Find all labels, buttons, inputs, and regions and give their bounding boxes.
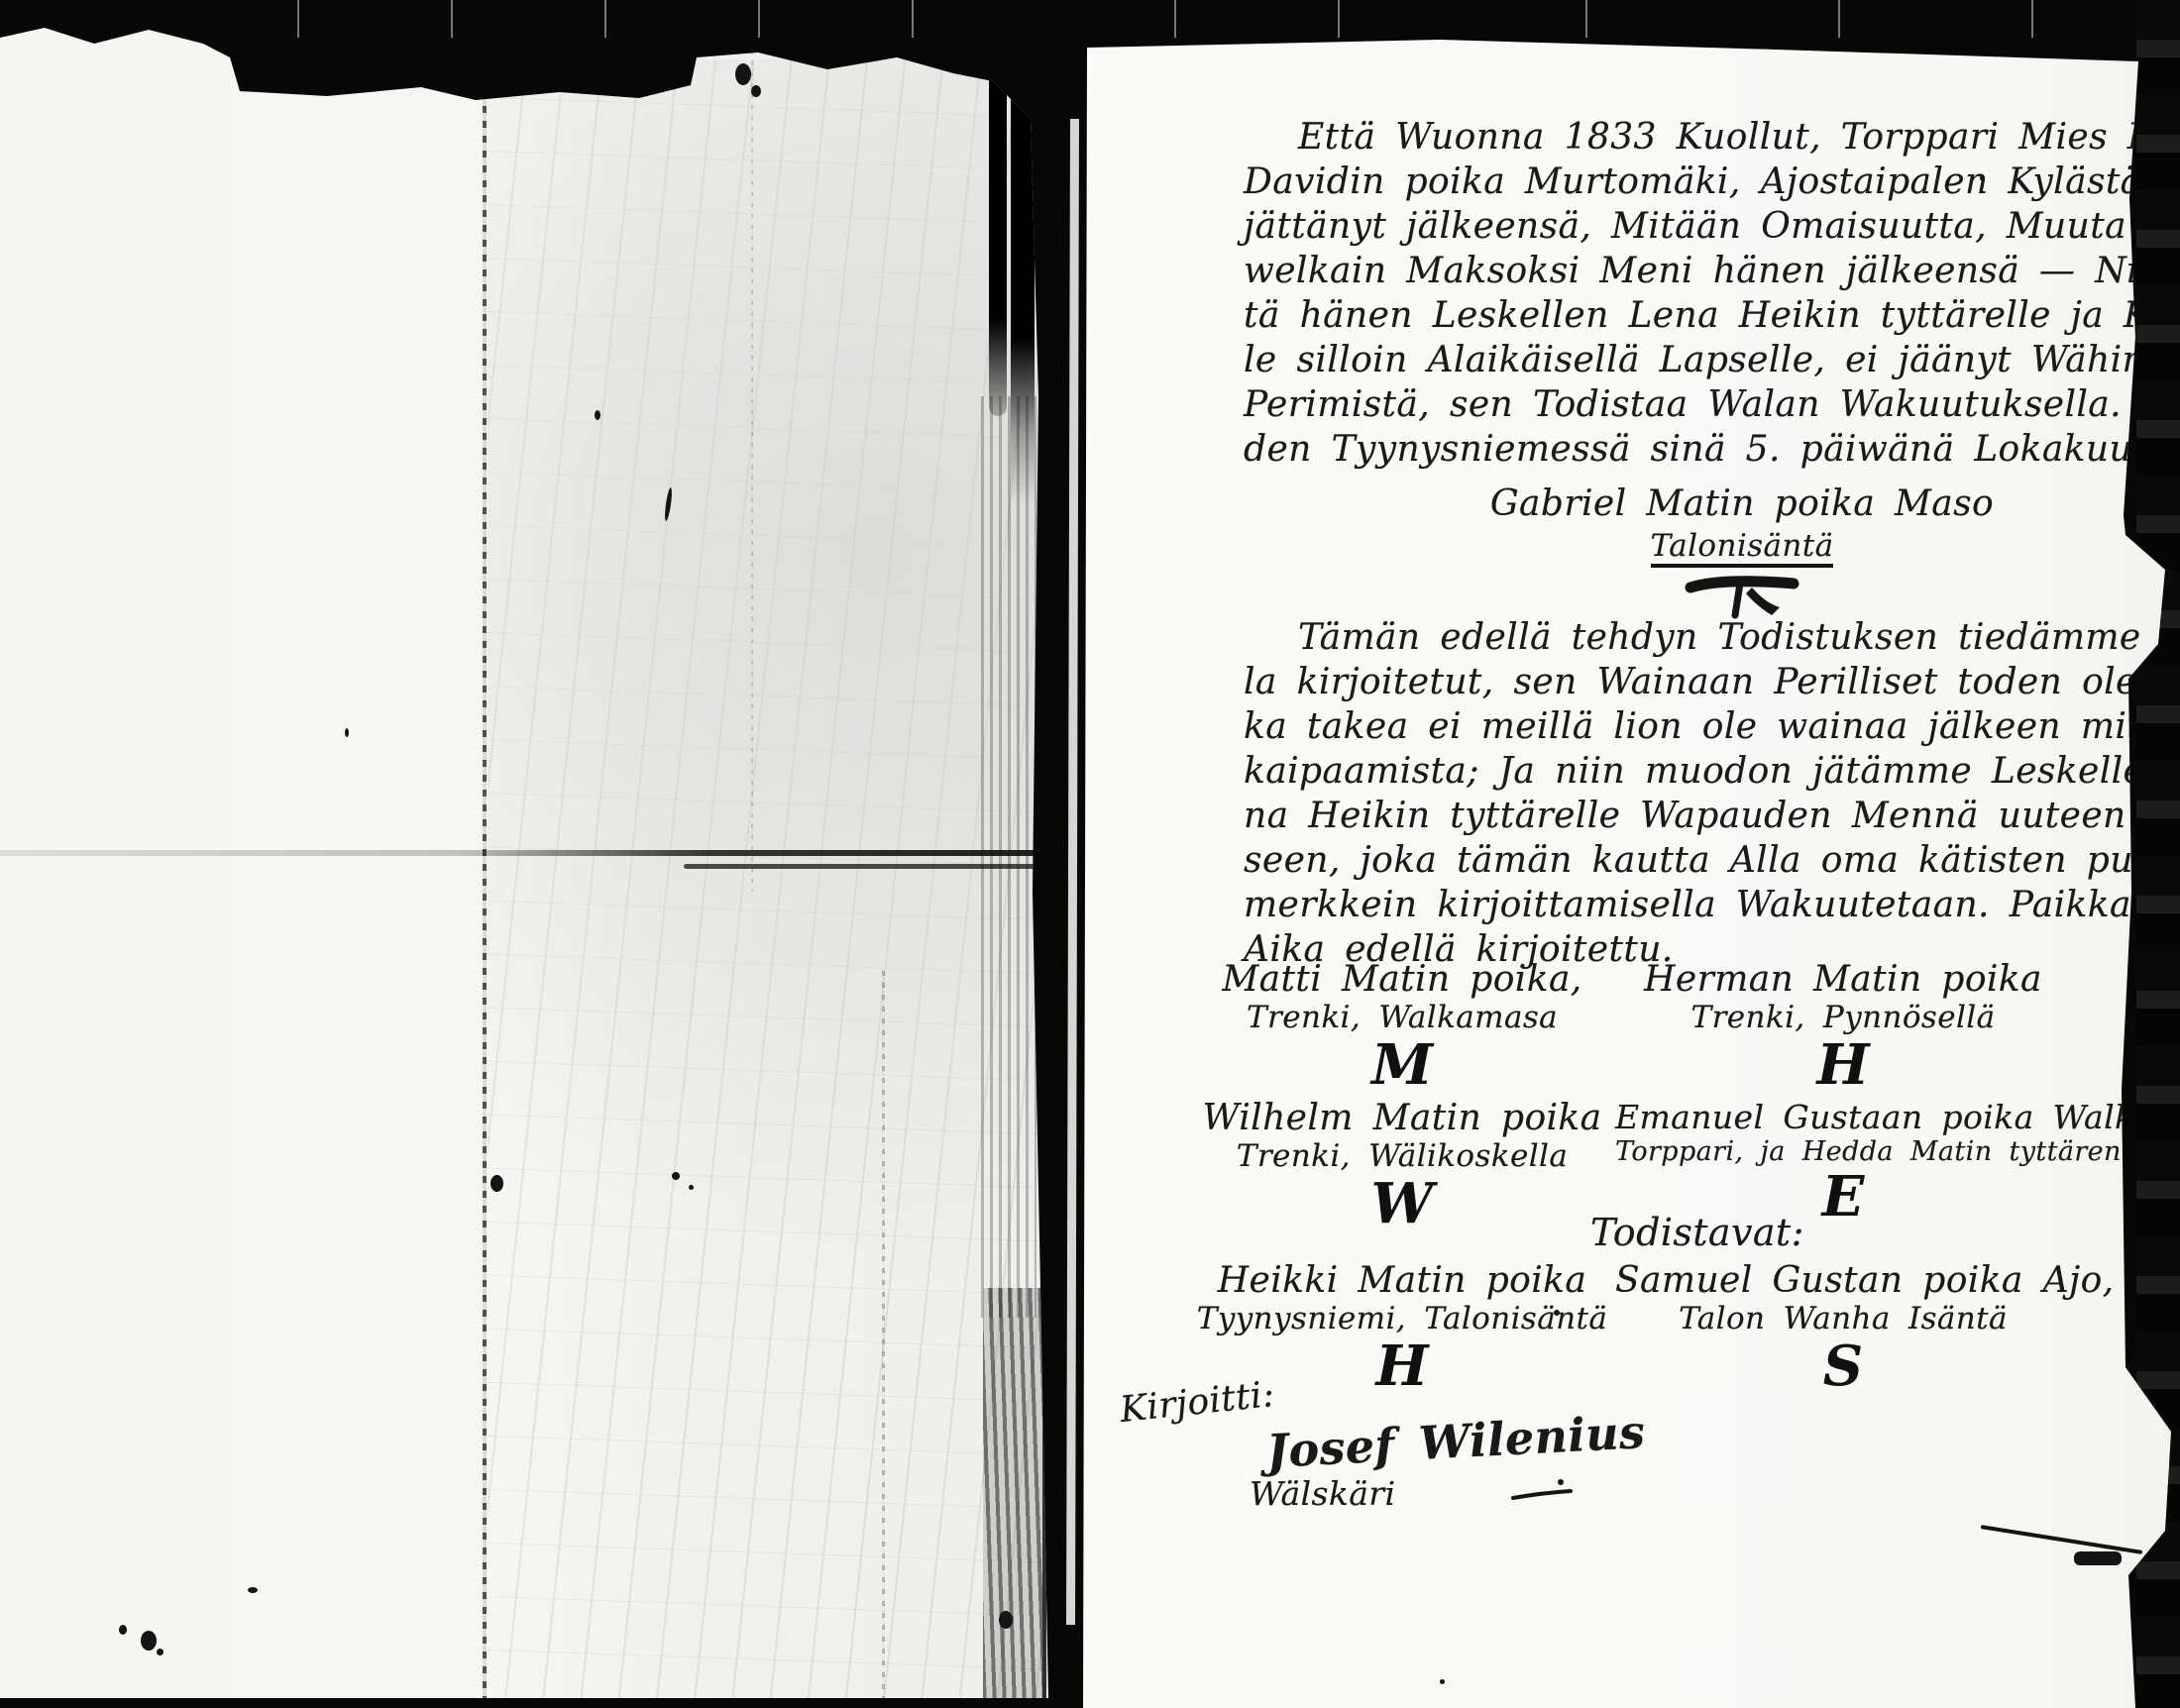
manuscript-line: Että Wuonna 1833 Kuollut, Torppari Mies … [1298,117,2180,158]
ink-speck [141,1631,157,1651]
witnesses-heading: Todistavat: [1590,1211,1804,1254]
scratch-line [1585,0,1587,38]
vertical-crease [882,971,885,1708]
witness-name: Emanuel Gustaan poika Walkama [1615,1098,2071,1136]
paper-tear [2074,1551,2122,1565]
ink-speck [595,410,600,420]
scribe-label: Kirjoitti: [1118,1374,1276,1431]
manuscript-line: la kirjoitetut, sen Wainaan Perilliset t… [1244,662,2180,702]
left-page [0,0,1050,1708]
ink-speck [735,63,751,85]
witness-title: Trenki, Pynnösellä [1615,1000,2071,1035]
manuscript-line: le silloin Alaikäisellä Lapselle, ei jää… [1244,340,2180,380]
witness-mark: H [1615,1035,2071,1095]
gutter-ink-streak [1042,30,1046,1704]
ink-speck [157,1649,163,1655]
page-edge-sliver [1066,119,1079,1625]
manuscript-line: welkain Maksoksi Meni hänen jälkeensä — … [1244,251,2180,291]
paper-mottling [488,59,1042,1704]
ink-speck [248,1587,258,1593]
ink-speck [999,1611,1013,1629]
witness-title: Tyynysniemi, Talonisäntä [1174,1301,1630,1336]
manuscript-line: merkkein kirjoittamisella Wakuutetaan. P… [1244,885,2180,925]
witness-name: Wilhelm Matin poika [1174,1098,1630,1138]
witness-name: Matti Matin poika, [1174,959,1630,1000]
witness-mark: M [1174,1035,1630,1095]
signature-flourish-icon [1509,1478,1579,1514]
attestation-signature: Gabriel Matin poika Maso Talonisäntä [1460,483,2024,633]
ink-speck [1440,1679,1445,1684]
paper-tear [1981,1525,2143,1554]
witness-name: Herman Matin poika [1615,959,2071,1000]
manuscript-line: seen, joka tämän kautta Alla oma kätiste… [1244,840,2169,881]
witness-mark: W [1174,1174,1630,1233]
gutter-ink-streak [983,1288,1042,1708]
scratch-line [451,0,453,38]
ink-speck [490,1175,503,1192]
manuscript-line: jättänyt jälkeensä, Mitään Omaisuutta, M… [1244,206,2180,247]
manuscript-line: kaipaamista; Ja niin muodon jätämme Lesk… [1244,751,2180,792]
vertical-crease [751,40,753,892]
manuscript-line: Perimistä, sen Todistaa Walan Wakuutukse… [1244,384,2180,425]
manuscript-line: na Heikin tyttärelle Wapauden Mennä uute… [1244,796,2180,836]
witness-signature: Heikki Matin poika Tyynysniemi, Talonisä… [1174,1260,1630,1396]
witness-signature: Wilhelm Matin poika Trenki, Wälikoskella… [1174,1098,1630,1233]
ink-speck [672,1172,680,1180]
manuscript-line: ka takea ei meillä lion ole wainaa jälke… [1244,706,2180,747]
scratch-line [604,0,606,38]
witness-name: Samuel Gustan poika Ajo, [1615,1260,2071,1301]
scratch-line [297,0,299,38]
ink-speck [689,1185,694,1190]
manuscript-line: Tämän edellä tehdyn Todistuksen tiedämme… [1298,617,2180,658]
horizontal-crease [0,850,1040,856]
ink-speck [345,728,349,737]
scribe-signature: Josef Wilenius [1265,1405,1647,1478]
scratch-line [912,0,914,38]
attestor-title: Talonisäntä [1651,528,1834,568]
witness-signature: Matti Matin poika, Trenki, Walkamasa M [1174,959,1630,1095]
ink-speck [751,85,761,97]
manuscript-line: Davidin poika Murtomäki, Ajostaipalen Ky… [1244,161,2180,202]
witness-signature: Herman Matin poika Trenki, Pynnösellä H [1615,959,2071,1095]
witness-signature: Emanuel Gustaan poika Walkama Torppari, … [1615,1098,2071,1227]
scratch-line [1338,0,1340,38]
scratch-line [1838,0,1840,38]
witness-mark: S [1615,1336,2071,1396]
witness-title: Trenki, Wälikoskella [1174,1138,1630,1174]
ink-speck [119,1625,127,1635]
scratch-line [758,0,760,38]
scratch-line [1174,0,1176,38]
attestor-name: Gabriel Matin poika Maso [1460,483,2024,524]
scratch-line [2031,0,2033,38]
right-page: Että Wuonna 1833 Kuollut, Torppari Mies … [1083,0,2180,1708]
vertical-crease [483,91,487,1700]
witness-title: Talon Wanha Isäntä [1615,1301,2071,1336]
ink-speck [1980,176,1984,180]
archival-scan: Että Wuonna 1833 Kuollut, Torppari Mies … [0,0,2180,1708]
witness-title: Torppari, ja Hedda Matin tyttären Mies [1615,1136,2071,1167]
scribe-title: Wälskäri [1250,1474,1395,1513]
gutter-ink-streak [989,28,1007,416]
gutter-ink-streak [981,396,1036,1318]
ink-speck [1554,1310,1560,1316]
witness-name: Heikki Matin poika [1174,1260,1630,1301]
manuscript-line: den Tyynysniemessä sinä 5. päiwänä Lokak… [1244,429,2180,470]
manuscript-line: tä hänen Leskellen Lena Heikin tyttärell… [1244,295,2180,336]
witness-signature: Samuel Gustan poika Ajo, Talon Wanha Isä… [1615,1260,2071,1396]
witness-title: Trenki, Walkamasa [1174,1000,1630,1035]
